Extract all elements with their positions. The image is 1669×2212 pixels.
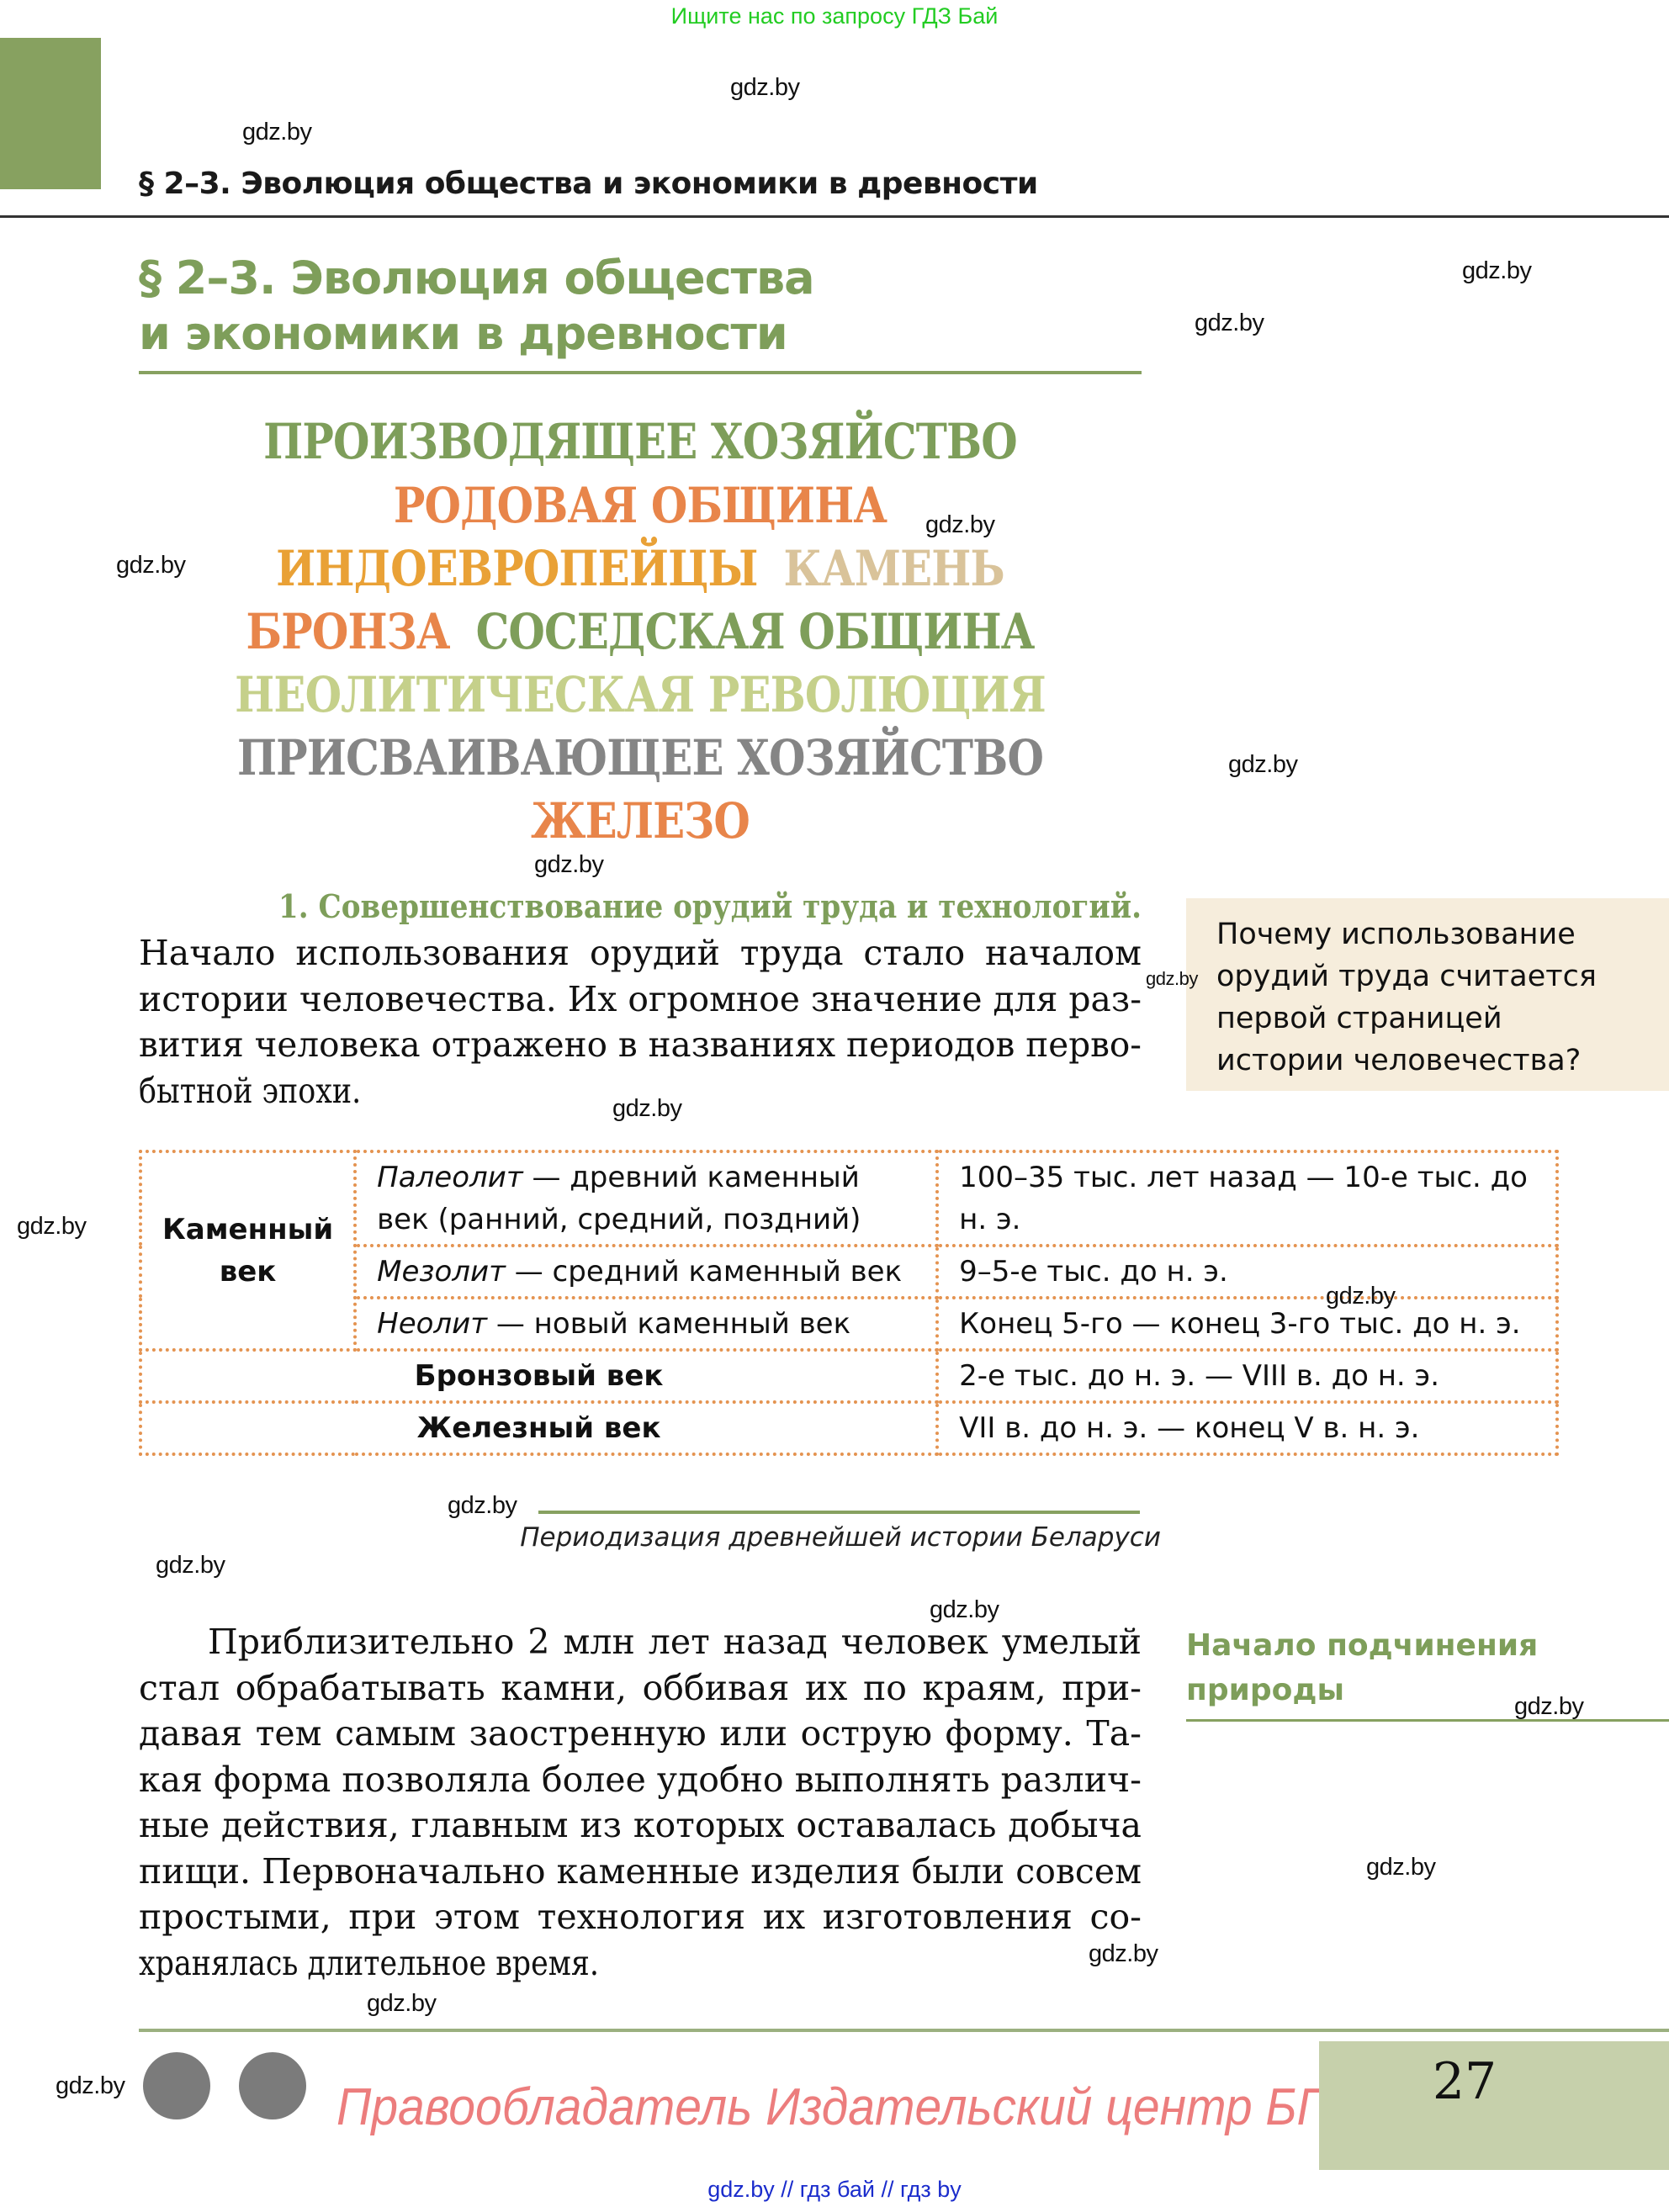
watermark: gdz.by [242, 119, 311, 146]
title-line-2: и экономики в древности [139, 306, 814, 362]
question-box: Почему использование орудий труда считае… [1186, 898, 1669, 1091]
page-title: § 2–3. Эволюция общества и экономики в д… [139, 251, 814, 362]
iron-age-label: Железный век [140, 1402, 937, 1454]
section2-paragraph: Приблизительно 2 млн лет назад человек у… [139, 1619, 1142, 1986]
paragraph-line: пищи. Первоначально каменные изделия был… [139, 1849, 1142, 1895]
watermark: gdz.by [1326, 1283, 1395, 1310]
watermark: gdz.by [612, 1095, 681, 1123]
paragraph-line: бытной эпохи. [139, 1068, 991, 1114]
question-line: Почему использование [1216, 913, 1644, 955]
period-cell: Мезолит — средний каменный век [355, 1246, 937, 1298]
watermark: gdz.by [448, 1492, 517, 1520]
margin-heading-rule [1186, 1719, 1669, 1722]
watermark: gdz.by [534, 851, 603, 879]
date-cell: 2-е тыс. до н. э. — VIII в. до н. э. [937, 1350, 1557, 1402]
title-underline [139, 371, 1142, 374]
section1-paragraph: Начало использования орудий труда стало … [139, 930, 1142, 1114]
keyword: КАМЕНЬ [783, 540, 1004, 597]
keyword-row: БРОНЗАСОСЕДСКАЯ ОБЩИНА [209, 602, 1071, 661]
watermark: gdz.by [156, 1552, 225, 1580]
keyword-row: ПРОИЗВОДЯЩЕЕ ХОЗЯЙСТВО [209, 412, 1071, 471]
watermark: gdz.by [56, 2072, 125, 2100]
keyword: ИНДОЕВРОПЕЙЦЫ [276, 540, 757, 597]
watermark: gdz.by [1228, 751, 1297, 779]
watermark: gdz.by [1089, 1940, 1158, 1968]
paragraph-line: простыми, при этом технология их изготов… [139, 1894, 1142, 1940]
keyword: НЕОЛИТИЧЕСКАЯ РЕВОЛЮЦИЯ [235, 666, 1046, 723]
period-name: Неолит [377, 1307, 487, 1341]
keyword-row: ИНДОЕВРОПЕЙЦЫКАМЕНЬ [209, 539, 1071, 598]
table-row: Каменный век Палеолит — древний каменный… [140, 1151, 1557, 1246]
circle-icon [143, 2052, 210, 2119]
watermark: gdz.by [1462, 257, 1531, 285]
paragraph-line: вития человека отражено в названиях пери… [139, 1022, 1142, 1068]
question-line: первой страницей [1216, 998, 1644, 1040]
watermark: gdz.by [116, 552, 185, 579]
question-line: истории человечества? [1216, 1040, 1644, 1082]
section-heading: 1. Совершенствование орудий труда и техн… [239, 887, 1142, 925]
keyword: ПРОИЗВОДЯЩЕЕ ХОЗЯЙСТВО [263, 413, 1017, 470]
header-divider [0, 215, 1669, 218]
paragraph-line: хранялась длительное время. [139, 1940, 991, 1987]
copyright-notice: Правообладатель Издательский центр БГУ [336, 2077, 1354, 2137]
watermark: gdz.by [925, 511, 994, 539]
watermark: gdz.by [1514, 1693, 1583, 1721]
period-cell: Палеолит — древний каменный век (ранний,… [355, 1151, 937, 1246]
chapter-marker-block [0, 38, 101, 189]
date-cell: 100–35 тыс. лет назад — 10-е тыс. до н. … [937, 1151, 1557, 1246]
footer-divider [139, 2029, 1669, 2032]
paragraph-line: ные действия, главным из которых оставал… [139, 1802, 1142, 1849]
keyword-row: ПРИСВАИВАЮЩЕЕ ХОЗЯЙСТВО [209, 728, 1071, 787]
date-cell: 9–5-е тыс. до н. э. [937, 1246, 1557, 1298]
circle-icon [239, 2052, 306, 2119]
date-cell: VII в. до н. э. — конец V в. н. э. [937, 1402, 1557, 1454]
keyword: РОДОВАЯ ОБЩИНА [394, 477, 887, 534]
caption-rule [538, 1511, 1140, 1514]
table-row: Железный век VII в. до н. э. — конец V в… [140, 1402, 1557, 1454]
page-number: 27 [1319, 2052, 1610, 2111]
bottom-links[interactable]: gdz.by // гдз бай // гдз by [0, 2177, 1669, 2203]
paragraph-line: кая форма позволяла более удобно выполня… [139, 1757, 1142, 1803]
table-row: Бронзовый век 2-е тыс. до н. э. — VIII в… [140, 1350, 1557, 1402]
period-name: Палеолит [377, 1161, 523, 1194]
watermark: gdz.by [17, 1213, 86, 1241]
watermark: gdz.by [367, 1990, 436, 2018]
keyword: ПРИСВАИВАЮЩЕЕ ХОЗЯЙСТВО [237, 729, 1043, 786]
keyword: СОСЕДСКАЯ ОБЩИНА [476, 603, 1035, 660]
watermark: gdz.by [1366, 1854, 1435, 1881]
bronze-age-label: Бронзовый век [140, 1350, 937, 1402]
period-name: Мезолит [377, 1255, 506, 1289]
paragraph-line: стал обрабатывать камни, оббивая их по к… [139, 1665, 1142, 1712]
question-line: орудий труда считается [1216, 955, 1644, 998]
paragraph-line: давая тем самым заостренную или острую ф… [139, 1711, 1142, 1757]
stone-age-label: Каменный век [140, 1151, 355, 1350]
date-cell: Конец 5-го — конец 3-го тыс. до н. э. [937, 1298, 1557, 1350]
keyword: БРОНЗА [246, 603, 449, 660]
table-caption: Периодизация древнейшей истории Беларуси [505, 1522, 1161, 1553]
paragraph-line: Начало использования орудий труда стало … [139, 930, 1142, 976]
watermark: gdz.by [1195, 310, 1264, 337]
keyword-row: ЖЕЛЕЗО [209, 791, 1071, 850]
watermark: gdz.by [730, 74, 799, 102]
paragraph-line: истории человечества. Их огромное значен… [139, 976, 1142, 1023]
keyword: ЖЕЛЕЗО [531, 792, 750, 849]
watermark: gdz.by [930, 1596, 999, 1624]
title-line-1: § 2–3. Эволюция общества [139, 251, 814, 306]
watermark: gdz.by [1146, 968, 1198, 990]
top-search-banner: Ищите нас по запросу ГДЗ Бай [0, 3, 1669, 29]
margin-heading: Начало подчинения природы [1186, 1623, 1538, 1712]
paragraph-line: Приблизительно 2 млн лет назад человек у… [208, 1619, 1142, 1665]
keyword-row: НЕОЛИТИЧЕСКАЯ РЕВОЛЮЦИЯ [209, 665, 1071, 724]
period-cell: Неолит — новый каменный век [355, 1298, 937, 1350]
running-header: § 2–3. Эволюция общества и экономики в д… [139, 167, 1038, 201]
